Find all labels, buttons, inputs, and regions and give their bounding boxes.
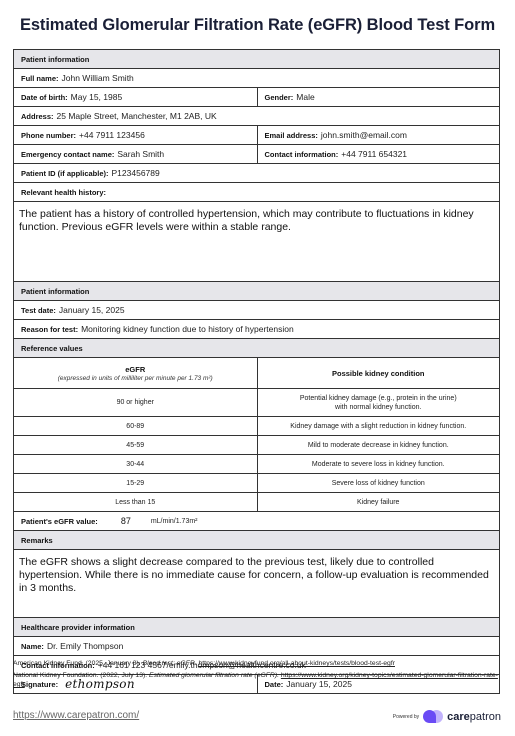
egfr-value-field[interactable]: Patient's eGFR value: 87 mL/min/1.73m² bbox=[14, 512, 499, 530]
kidney-condition: Severe loss of kidney function bbox=[257, 474, 500, 492]
table-row: 45-59 Mild to moderate decrease in kidne… bbox=[14, 435, 499, 454]
gender-value: Male bbox=[296, 92, 314, 102]
health-history-label-row: Relevant health history: bbox=[14, 182, 499, 201]
section-label: Remarks bbox=[14, 531, 499, 549]
emergency-name-field[interactable]: Emergency contact name: Sarah Smith bbox=[14, 145, 257, 163]
egfr-column-header: eGFR (expressed in units of milliliter p… bbox=[14, 358, 257, 388]
reason-label: Reason for test: bbox=[21, 325, 78, 334]
egfr-column-title: eGFR bbox=[125, 365, 145, 374]
section-label: Reference values bbox=[14, 339, 499, 357]
kidney-condition: Potential kidney damage (e.g., protein i… bbox=[257, 389, 500, 416]
reference-prefix: American Kidney Fund. (2025, January 3). bbox=[13, 660, 143, 667]
kidney-condition: Moderate to severe loss in kidney functi… bbox=[257, 455, 500, 473]
reason-row: Reason for test: Monitoring kidney funct… bbox=[14, 319, 499, 338]
egfr-range: 45-59 bbox=[14, 436, 257, 454]
egfr-value-row: Patient's eGFR value: 87 mL/min/1.73m² bbox=[14, 511, 499, 530]
section-provider-information: Healthcare provider information bbox=[14, 617, 499, 636]
dob-field[interactable]: Date of birth: May 15, 1985 bbox=[14, 88, 257, 106]
emergency-row: Emergency contact name: Sarah Smith Cont… bbox=[14, 144, 499, 163]
email-value: john.smith@email.com bbox=[321, 130, 407, 140]
carepatron-logo-icon bbox=[423, 710, 443, 723]
section-test-information: Patient information bbox=[14, 281, 499, 300]
address-row: Address: 25 Maple Street, Manchester, M1… bbox=[14, 106, 499, 125]
address-label: Address: bbox=[21, 112, 54, 121]
section-reference-values: Reference values bbox=[14, 338, 499, 357]
reference-table-header: eGFR (expressed in units of milliliter p… bbox=[14, 357, 499, 388]
reference-item: American Kidney Fund. (2025, January 3).… bbox=[13, 659, 503, 668]
patient-id-row: Patient ID (if applicable): P123456789 bbox=[14, 163, 499, 182]
egfr-column-subtitle: (expressed in units of milliliter per mi… bbox=[58, 375, 213, 382]
test-date-value: January 15, 2025 bbox=[59, 305, 125, 315]
section-label: Patient information bbox=[14, 282, 499, 300]
kidney-condition: Mild to moderate decrease in kidney func… bbox=[257, 436, 500, 454]
egfr-range: 60-89 bbox=[14, 417, 257, 435]
section-label: Patient information bbox=[14, 50, 499, 68]
provider-name-field[interactable]: Name: Dr. Emily Thompson bbox=[14, 637, 499, 655]
full-name-field[interactable]: Full name: John William Smith bbox=[14, 69, 499, 87]
phone-label: Phone number: bbox=[21, 131, 76, 140]
provider-name-value: Dr. Emily Thompson bbox=[47, 641, 123, 651]
emergency-contact-field[interactable]: Contact information: +44 7911 654321 bbox=[257, 145, 500, 163]
reference-item: National Kidney Foundation. (2022, July … bbox=[13, 671, 503, 689]
reason-value: Monitoring kidney function due to histor… bbox=[81, 324, 294, 334]
patient-id-value: P123456789 bbox=[112, 168, 160, 178]
reference-prefix: National Kidney Foundation. (2022, July … bbox=[13, 672, 149, 679]
carepatron-link[interactable]: https://www.carepatron.com/ bbox=[13, 710, 139, 721]
patient-id-field[interactable]: Patient ID (if applicable): P123456789 bbox=[14, 164, 499, 182]
table-row: 15-29 Severe loss of kidney function bbox=[14, 473, 499, 492]
egfr-value: 87 bbox=[121, 516, 131, 526]
address-value: 25 Maple Street, Manchester, M1 2AB, UK bbox=[57, 111, 217, 121]
brand-rest: patron bbox=[470, 711, 501, 723]
egfr-range: 90 or higher bbox=[14, 389, 257, 416]
phone-email-row: Phone number: +44 7911 123456 Email addr… bbox=[14, 125, 499, 144]
remarks-row: The eGFR shows a slight decrease compare… bbox=[14, 549, 499, 617]
full-name-value: John William Smith bbox=[62, 73, 134, 83]
emergency-name-value: Sarah Smith bbox=[117, 149, 164, 159]
form-title: Estimated Glomerular Filtration Rate (eG… bbox=[0, 16, 515, 35]
reference-title: Estimated glomerular filtration rate (eG… bbox=[149, 672, 279, 679]
reference-title: Blood test: eGFR. bbox=[143, 660, 197, 667]
egfr-range: Less than 15 bbox=[14, 493, 257, 511]
section-patient-information: Patient information bbox=[14, 50, 499, 68]
table-row: 90 or higher Potential kidney damage (e.… bbox=[14, 388, 499, 416]
brand-name: carepatron bbox=[447, 711, 501, 723]
full-name-row: Full name: John William Smith bbox=[14, 68, 499, 87]
table-row: Less than 15 Kidney failure bbox=[14, 492, 499, 511]
test-date-field[interactable]: Test date: January 15, 2025 bbox=[14, 301, 499, 319]
kidney-condition: Kidney damage with a slight reduction in… bbox=[257, 417, 500, 435]
egfr-range: 30-44 bbox=[14, 455, 257, 473]
email-field[interactable]: Email address: john.smith@email.com bbox=[257, 126, 500, 144]
address-field[interactable]: Address: 25 Maple Street, Manchester, M1… bbox=[14, 107, 499, 125]
powered-by-badge[interactable]: Powered by carepatron bbox=[393, 710, 501, 723]
patient-id-label: Patient ID (if applicable): bbox=[21, 169, 109, 178]
emergency-name-label: Emergency contact name: bbox=[21, 150, 114, 159]
section-label: Healthcare provider information bbox=[14, 618, 499, 636]
kidney-condition: Kidney failure bbox=[257, 493, 500, 511]
health-history-textarea[interactable]: The patient has a history of controlled … bbox=[14, 202, 499, 281]
dob-value: May 15, 1985 bbox=[71, 92, 123, 102]
brand-bold: care bbox=[447, 711, 470, 723]
kidney-condition-line1: Potential kidney damage (e.g., protein i… bbox=[300, 394, 457, 403]
test-date-label: Test date: bbox=[21, 306, 56, 315]
provider-name-row: Name: Dr. Emily Thompson bbox=[14, 636, 499, 655]
remarks-textarea[interactable]: The eGFR shows a slight decrease compare… bbox=[14, 550, 499, 617]
powered-by-text: Powered by bbox=[393, 714, 419, 720]
full-name-label: Full name: bbox=[21, 74, 59, 83]
health-history-label: Relevant health history: bbox=[21, 188, 106, 197]
reference-link[interactable]: https://www.kidneyfund.org/all-about-kid… bbox=[199, 660, 395, 667]
test-date-row: Test date: January 15, 2025 bbox=[14, 300, 499, 319]
gender-label: Gender: bbox=[265, 93, 294, 102]
provider-name-label: Name: bbox=[21, 642, 44, 651]
gender-field[interactable]: Gender: Male bbox=[257, 88, 500, 106]
references: American Kidney Fund. (2025, January 3).… bbox=[13, 659, 503, 692]
dob-gender-row: Date of birth: May 15, 1985 Gender: Male bbox=[14, 87, 499, 106]
condition-column-header: Possible kidney condition bbox=[257, 358, 500, 388]
health-history-label-cell: Relevant health history: bbox=[14, 183, 499, 201]
kidney-condition-line2: with normal kidney function. bbox=[335, 403, 421, 412]
health-history-row: The patient has a history of controlled … bbox=[14, 201, 499, 281]
section-remarks: Remarks bbox=[14, 530, 499, 549]
emergency-contact-value: +44 7911 654321 bbox=[341, 149, 407, 159]
egfr-value-label: Patient's eGFR value: bbox=[21, 517, 98, 526]
egfr-range: 15-29 bbox=[14, 474, 257, 492]
condition-column-title: Possible kidney condition bbox=[332, 369, 425, 378]
phone-field[interactable]: Phone number: +44 7911 123456 bbox=[14, 126, 257, 144]
egfr-unit: mL/min/1.73m² bbox=[151, 518, 198, 525]
phone-value: +44 7911 123456 bbox=[79, 130, 145, 140]
email-label: Email address: bbox=[265, 131, 318, 140]
table-row: 60-89 Kidney damage with a slight reduct… bbox=[14, 416, 499, 435]
egfr-form: Patient information Full name: John Will… bbox=[13, 49, 500, 694]
reason-field[interactable]: Reason for test: Monitoring kidney funct… bbox=[14, 320, 499, 338]
dob-label: Date of birth: bbox=[21, 93, 68, 102]
table-row: 30-44 Moderate to severe loss in kidney … bbox=[14, 454, 499, 473]
emergency-contact-label: Contact information: bbox=[265, 150, 339, 159]
